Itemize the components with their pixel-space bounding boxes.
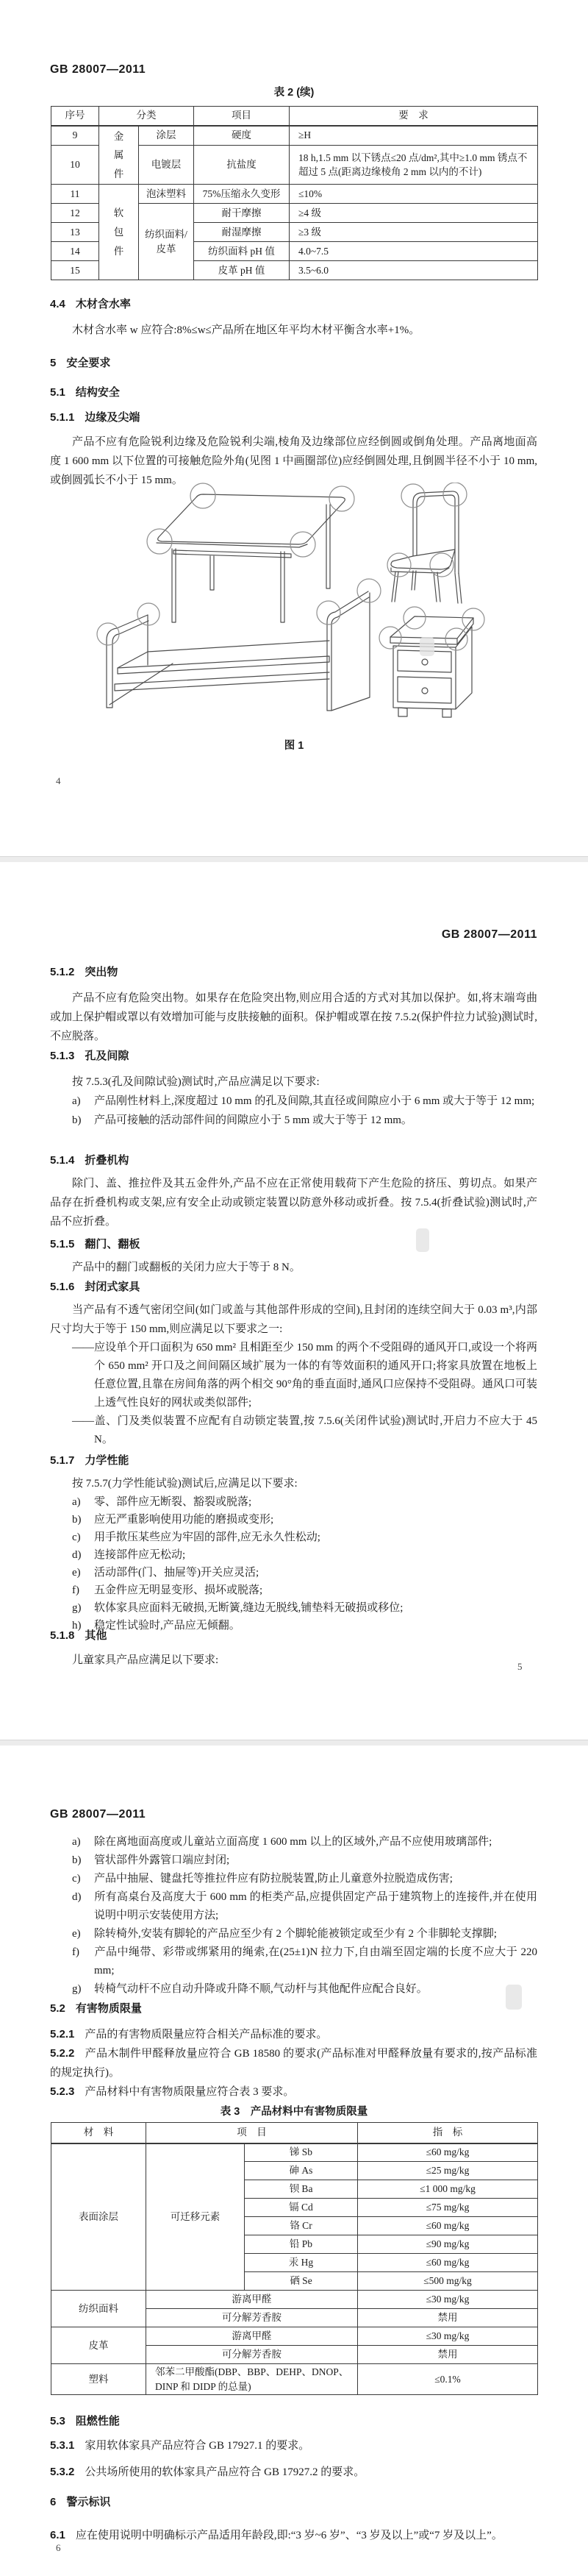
page-1: GB 28007—2011 表 2 (续) 序号 分类 项目 要 求 9 金属件… xyxy=(0,0,588,856)
cell-req: ≥3 级 xyxy=(290,223,538,242)
cell-limit: 禁用 xyxy=(358,2309,538,2327)
cell-item: 可分解芳香胺 xyxy=(146,2346,358,2364)
clause-title: 阻燃性能 xyxy=(76,2415,120,2427)
clause-text: 产品木制件甲醛释放量应符合 GB 18580 的要求(产品标准对甲醛释放量有要求… xyxy=(50,2048,537,2079)
table-row: 表面涂层 可迁移元素 锑 Sb ≤60 mg/kg xyxy=(51,2143,538,2162)
table-header-row: 序号 分类 项目 要 求 xyxy=(51,107,538,126)
item-text: 所有高桌台及高度大于 600 mm 的柜类产品,应提供固定产品于建筑物上的连接件… xyxy=(94,1891,537,1921)
item-text: 连接部件应无松动; xyxy=(94,1549,185,1561)
paragraph-5-1-4: 除门、盖、推拉件及其五金件外,产品不应在正常使用载荷下产生危险的挤压、剪切点。如… xyxy=(50,1174,537,1231)
clause-number: 5.1.8 xyxy=(50,1629,74,1642)
cell-no: 15 xyxy=(51,261,99,280)
clause-number: 6 xyxy=(50,2496,56,2508)
list-item: f)五金件应无明显变形、损坏或脱落; xyxy=(50,1581,537,1599)
heading-5-1-4: 5.1.4折叠机构 xyxy=(50,1152,537,1167)
nightstand-drawing xyxy=(379,607,484,717)
list-item: e)除转椅外,安装有脚轮的产品应至少有 2 个脚轮能被锁定或至少有 2 个非脚轮… xyxy=(50,1925,537,1943)
page-2: GB 28007—2011 5.1.2突出物 产品不应有危险突出物。如果存在危险… xyxy=(0,862,588,1740)
paragraph-5-3-2: 5.3.2公共场所使用的软体家具产品应符合 GB 17927.2 的要求。 xyxy=(50,2463,537,2482)
cell-item: 硬度 xyxy=(194,126,290,146)
cell-limit: ≤75 mg/kg xyxy=(358,2199,538,2217)
item-text: 除转椅外,安装有脚轮的产品应至少有 2 个脚轮能被锁定或至少有 2 个非脚轮支撑… xyxy=(94,1928,497,1940)
cell-no: 9 xyxy=(51,126,99,146)
clause-title: 折叠机构 xyxy=(85,1154,129,1167)
paragraph-5-1-3-intro: 按 7.5.3(孔及间隙试验)测试时,产品应满足以下要求: xyxy=(50,1072,537,1092)
cell-item: 耐湿摩擦 xyxy=(194,223,290,242)
paragraph-5-2-3: 5.2.3产品材料中有害物质限量应符合表 3 要求。 xyxy=(50,2082,537,2102)
clause-text: 家用软体家具产品应符合 GB 17927.1 的要求。 xyxy=(85,2440,309,2452)
cell-req: 3.5~6.0 xyxy=(290,261,538,280)
cell-req: ≤10% xyxy=(290,185,538,204)
clause-number: 5.2.2 xyxy=(50,2047,74,2060)
list-item: a)除在离地面高度或儿童站立面高度 1 600 mm 以上的区域外,产品不应使用… xyxy=(50,1833,537,1851)
table-row: 皮革 游离甲醛 ≤30 mg/kg xyxy=(51,2327,538,2346)
item-marker: d) xyxy=(72,1546,94,1564)
paragraph-4-4: 木材含水率 w 应符合:8%≤w≤产品所在地区年平均木材平衡含水率+1%。 xyxy=(50,321,537,340)
heading-5: 5安全要求 xyxy=(50,355,537,370)
page-3: GB 28007—2011 a)除在离地面高度或儿童站立面高度 1 600 mm… xyxy=(0,1746,588,2576)
clause-number: 5.3.2 xyxy=(50,2466,74,2478)
clause-title: 突出物 xyxy=(85,966,118,978)
cell-no: 12 xyxy=(51,204,99,223)
clause-title: 有害物质限量 xyxy=(76,2002,142,2015)
paragraph-5-2-2: 5.2.2产品木制件甲醛释放量应符合 GB 18580 的要求(产品标准对甲醛释… xyxy=(50,2044,537,2082)
table2-caption: 表 2 (续) xyxy=(0,84,588,99)
clause-title: 木材含水率 xyxy=(76,298,131,310)
item-marker: f) xyxy=(72,1581,94,1599)
cell-item: 耐干摩擦 xyxy=(194,204,290,223)
item-marker: g) xyxy=(72,1599,94,1617)
cell-element: 砷 As xyxy=(245,2162,358,2180)
heading-5-1-6: 5.1.6封闭式家具 xyxy=(50,1278,537,1294)
list-item: d)所有高桌台及高度大于 600 mm 的柜类产品,应提供固定产品于建筑物上的连… xyxy=(50,1888,537,1925)
paragraph-5-1-1: 产品不应有危险锐利边缘及危险锐利尖端,棱角及边缘部位应经倒圆或倒角处理。产品离地… xyxy=(50,433,537,490)
clause-title: 力学性能 xyxy=(85,1454,129,1467)
cell-req: ≥H xyxy=(290,126,538,146)
list-item: f)产品中绳带、彩带或绑紧用的绳索,在(25±1)N 拉力下,自由端至固定端的长… xyxy=(50,1943,537,1980)
heading-5-1: 5.1结构安全 xyxy=(50,384,537,399)
item-marker: b) xyxy=(72,1511,94,1529)
cell-sub: 涂层 xyxy=(139,126,194,146)
list-item: g)转椅气动杆不应自动升降或升降不顺,气动杆与其他配件应配合良好。 xyxy=(50,1980,537,1999)
heading-5-1-5: 5.1.5翻门、翻板 xyxy=(50,1236,537,1251)
clause-title: 孔及间隙 xyxy=(85,1050,129,1062)
item-marker: a) xyxy=(72,1493,94,1511)
cell-limit: ≤90 mg/kg xyxy=(358,2235,538,2254)
paragraph-5-1-6: 当产品有不透气密闭空间(如门或盖与其他部件形成的空间),且封闭的连续空间大于 0… xyxy=(50,1301,537,1339)
item-marker: b) xyxy=(72,1111,94,1130)
clause-title: 边缘及尖端 xyxy=(85,411,140,424)
cell-element: 汞 Hg xyxy=(245,2254,358,2272)
heading-6: 6警示标识 xyxy=(50,2494,537,2509)
item-marker: d) xyxy=(72,1888,94,1907)
page-number: 5 xyxy=(517,1661,523,1673)
item-marker: g) xyxy=(72,1980,94,1999)
table-drawing xyxy=(147,483,354,622)
clause-number: 5.1.6 xyxy=(50,1281,74,1293)
clause-title: 翻门、翻板 xyxy=(85,1238,140,1250)
cell-element: 锑 Sb xyxy=(245,2143,358,2162)
cell-item: 游离甲醛 xyxy=(146,2291,358,2309)
cell-item: 可分解芳香胺 xyxy=(146,2309,358,2327)
cell-element: 铅 Pb xyxy=(245,2235,358,2254)
cell-limit: ≤60 mg/kg xyxy=(358,2217,538,2235)
item-text: 产品可接触的活动部件间的间隙应小于 5 mm 或大于等于 12 mm。 xyxy=(94,1114,412,1126)
item-text: 零、部件应无断裂、豁裂或脱落; xyxy=(94,1496,251,1508)
table2: 序号 分类 项目 要 求 9 金属件 涂层 硬度 ≥H 10 电镀层 抗盐度 1… xyxy=(51,106,538,280)
cell-item: 皮革 pH 值 xyxy=(194,261,290,280)
clause-title: 封闭式家具 xyxy=(85,1281,140,1293)
col-header-req: 要 求 xyxy=(290,107,538,126)
clause-number: 5.1.4 xyxy=(50,1154,74,1167)
heading-5-3: 5.3阻燃性能 xyxy=(50,2413,537,2428)
heading-5-1-8: 5.1.8其他 xyxy=(50,1627,537,1643)
paragraph-6-1: 6.1应在使用说明中明确标示产品适用年龄段,即:“3 岁~6 岁”、“3 岁及以… xyxy=(50,2526,537,2545)
cell-limit: ≤1 000 mg/kg xyxy=(358,2180,538,2199)
clause-title: 警示标识 xyxy=(66,2496,110,2508)
clause-number: 4.4 xyxy=(50,298,65,310)
cell-cat: 金属件 xyxy=(99,126,139,185)
dash-list-5-1-6: ——应设单个开口面积为 650 mm² 且相距至少 150 mm 的两个不受阻碍… xyxy=(50,1339,537,1449)
cell-element: 镉 Cd xyxy=(245,2199,358,2217)
clause-number: 5.2 xyxy=(50,2002,65,2015)
item-marker: e) xyxy=(72,1564,94,1581)
list-item: e)活动部件(门、抽屉等)开关应灵活; xyxy=(50,1564,537,1581)
list-item: a)零、部件应无断裂、豁裂或脱落; xyxy=(50,1493,537,1511)
cell-sub: 电镀层 xyxy=(139,145,194,185)
clause-number: 5.1.5 xyxy=(50,1238,74,1250)
heading-5-1-2: 5.1.2突出物 xyxy=(50,964,537,979)
item-text: 产品刚性材料上,深度超过 10 mm 的孔及间隙,其直径或间隙应小于 6 mm … xyxy=(94,1095,534,1107)
cell-req: 18 h,1.5 mm 以下锈点≤20 点/dm²,其中≥1.0 mm 锈点不超… xyxy=(290,145,538,185)
running-header: GB 28007—2011 xyxy=(50,1808,146,1821)
cell-req: ≥4 级 xyxy=(290,204,538,223)
clause-text: 产品的有害物质限量应符合相关产品标准的要求。 xyxy=(85,2029,327,2040)
heading-5-1-1: 5.1.1边缘及尖端 xyxy=(50,409,537,424)
running-header: GB 28007—2011 xyxy=(0,928,537,942)
scan-artifact xyxy=(506,1985,522,2010)
cell-limit: ≤500 mg/kg xyxy=(358,2272,538,2291)
cell-limit: ≤25 mg/kg xyxy=(358,2162,538,2180)
heading-4-4: 4.4木材含水率 xyxy=(50,296,537,311)
cell-item: 抗盐度 xyxy=(194,145,290,185)
list-item: c)产品中抽屉、键盘托等推拉件应有防拉脱装置,防止儿童意外拉脱造成伤害; xyxy=(50,1870,537,1888)
list-item: d)连接部件应无松动; xyxy=(50,1546,537,1564)
heading-5-1-3: 5.1.3孔及间隙 xyxy=(50,1047,537,1063)
cell-cat-text: 金属件 xyxy=(113,127,125,184)
item-text: 除在离地面高度或儿童站立面高度 1 600 mm 以上的区域外,产品不应使用玻璃… xyxy=(94,1836,492,1848)
list-item: g)软体家具应面料无破损,无断簧,缝边无脱线,铺垫料无破损或移位; xyxy=(50,1599,537,1617)
list-item: b)应无严重影响使用功能的磨损或变形; xyxy=(50,1511,537,1529)
item-text: 产品中抽屉、键盘托等推拉件应有防拉脱装置,防止儿童意外拉脱造成伤害; xyxy=(94,1873,453,1885)
item-marker: b) xyxy=(72,1851,94,1870)
clause-number: 5.1.7 xyxy=(50,1454,74,1467)
cell-element: 铬 Cr xyxy=(245,2217,358,2235)
document-scan: GB 28007—2011 表 2 (续) 序号 分类 项目 要 求 9 金属件… xyxy=(0,0,588,2576)
col-header-limit: 指 标 xyxy=(358,2123,538,2143)
clause-number: 5.2.3 xyxy=(50,2085,74,2098)
cell-no: 14 xyxy=(51,242,99,261)
list-5-1-7: a)零、部件应无断裂、豁裂或脱落; b)应无严重影响使用功能的磨损或变形; c)… xyxy=(50,1493,537,1634)
scan-artifact xyxy=(416,1228,429,1252)
item-text: 管状部件外露管口端应封闭; xyxy=(94,1854,229,1866)
item-marker: a) xyxy=(72,1833,94,1851)
cell-no: 11 xyxy=(51,185,99,204)
item-text: 应无严重影响使用功能的磨损或变形; xyxy=(94,1514,273,1526)
dash-item: ——应设单个开口面积为 650 mm² 且相距至少 150 mm 的两个不受阻碍… xyxy=(50,1339,537,1412)
clause-number: 5.3 xyxy=(50,2415,65,2427)
cell-limit: ≤0.1% xyxy=(358,2364,538,2395)
item-marker: a) xyxy=(72,1092,94,1111)
cell-no: 10 xyxy=(51,145,99,185)
list-item: b)管状部件外露管口端应封闭; xyxy=(50,1851,537,1870)
paragraph-5-1-2: 产品不应有危险突出物。如果存在危险突出物,则应用合适的方式对其加以保护。如,将末… xyxy=(50,989,537,1046)
figure-1-caption: 图 1 xyxy=(0,737,588,752)
clause-number: 5.1.3 xyxy=(50,1050,74,1062)
item-text: 用手揿压某些应为牢固的部件,应无永久性松动; xyxy=(94,1531,320,1543)
cell-sub: 纺织面料/皮革 xyxy=(139,204,194,280)
cell-cat-text: 软包件 xyxy=(113,204,125,260)
clause-number: 5.1.2 xyxy=(50,966,74,978)
col-header-material: 材 料 xyxy=(51,2123,146,2143)
cell-material: 表面涂层 xyxy=(51,2143,146,2291)
paragraph-5-1-8: 儿童家具产品应满足以下要求: xyxy=(50,1651,537,1670)
clause-title: 结构安全 xyxy=(76,386,120,399)
clause-title: 其他 xyxy=(85,1629,107,1642)
clause-text: 产品材料中有害物质限量应符合表 3 要求。 xyxy=(85,2086,294,2098)
item-text: 五金件应无明显变形、损坏或脱落; xyxy=(94,1584,262,1596)
clause-number: 5.3.1 xyxy=(50,2439,74,2452)
list-item: c)用手揿压某些应为牢固的部件,应无永久性松动; xyxy=(50,1529,537,1546)
cell-limit: ≤60 mg/kg xyxy=(358,2143,538,2162)
dash-item: ——盖、门及类似装置不应配有自动锁定装置,按 7.5.6(关闭件试验)测试时,开… xyxy=(50,1412,537,1449)
list-5-1-8: a)除在离地面高度或儿童站立面高度 1 600 mm 以上的区域外,产品不应使用… xyxy=(50,1833,537,1999)
cell-material: 纺织面料 xyxy=(51,2291,146,2327)
page-number: 4 xyxy=(56,775,61,787)
cell-limit: 禁用 xyxy=(358,2346,538,2364)
cell-limit: ≤30 mg/kg xyxy=(358,2327,538,2346)
list-item: b)产品可接触的活动部件间的间隙应小于 5 mm 或大于等于 12 mm。 xyxy=(50,1111,537,1130)
item-text: 转椅气动杆不应自动升降或升降不顺,气动杆与其他配件应配合良好。 xyxy=(94,1983,428,1995)
cell-sub: 泡沫塑料 xyxy=(139,185,194,204)
clause-text: 应在使用说明中明确标示产品适用年龄段,即:“3 岁~6 岁”、“3 岁及以上”或… xyxy=(76,2530,503,2541)
running-header: GB 28007—2011 xyxy=(50,63,146,77)
cell-material: 塑料 xyxy=(51,2364,146,2395)
paragraph-5-2-1: 5.2.1产品的有害物质限量应符合相关产品标准的要求。 xyxy=(50,2025,537,2044)
cell-cat: 软包件 xyxy=(99,185,139,280)
cell-item: 游离甲醛 xyxy=(146,2327,358,2346)
figure-1-drawing xyxy=(51,483,537,736)
item-marker: c) xyxy=(72,1870,94,1888)
clause-number: 5.2.1 xyxy=(50,2028,74,2040)
table-row: 11 软包件 泡沫塑料 75%压缩永久变形 ≤10% xyxy=(51,185,538,204)
cell-element: 硒 Se xyxy=(245,2272,358,2291)
clause-number: 5 xyxy=(50,357,56,369)
col-header-no: 序号 xyxy=(51,107,99,126)
item-text: 活动部件(门、抽屉等)开关应灵活; xyxy=(94,1567,259,1579)
item-text: 产品中绳带、彩带或绑紧用的绳索,在(25±1)N 拉力下,自由端至固定端的长度不… xyxy=(94,1946,537,1977)
clause-text: 公共场所使用的软体家具产品应符合 GB 17927.2 的要求。 xyxy=(85,2466,365,2478)
clause-title: 安全要求 xyxy=(66,357,110,369)
cell-limit: ≤60 mg/kg xyxy=(358,2254,538,2272)
col-header-item: 项 目 xyxy=(146,2123,358,2143)
item-marker: e) xyxy=(72,1925,94,1943)
list-item: a)产品刚性材料上,深度超过 10 mm 的孔及间隙,其直径或间隙应小于 6 m… xyxy=(50,1092,537,1111)
cell-limit: ≤30 mg/kg xyxy=(358,2291,538,2309)
col-header-item: 项目 xyxy=(194,107,290,126)
scan-artifact xyxy=(420,637,434,656)
cell-req: 4.0~7.5 xyxy=(290,242,538,261)
bed-drawing xyxy=(97,579,381,711)
clause-number: 5.1 xyxy=(50,386,65,399)
table-row: 塑料 邻苯二甲酸酯(DBP、BBP、DEHP、DNOP、DINP 和 DIDP … xyxy=(51,2364,538,2395)
clause-number: 5.1.1 xyxy=(50,411,74,424)
cell-no: 13 xyxy=(51,223,99,242)
item-marker: c) xyxy=(72,1529,94,1546)
item-marker: f) xyxy=(72,1943,94,1962)
heading-5-2: 5.2有害物质限量 xyxy=(50,2000,537,2015)
table3-caption: 表 3 产品材料中有害物质限量 xyxy=(0,2103,588,2118)
clause-number: 6.1 xyxy=(50,2529,65,2541)
table-header-row: 材 料 项 目 指 标 xyxy=(51,2123,538,2143)
cell-material: 皮革 xyxy=(51,2327,146,2364)
page-number: 6 xyxy=(56,2542,61,2554)
chair-drawing xyxy=(387,483,467,603)
item-text: 软体家具应面料无破损,无断簧,缝边无脱线,铺垫料无破损或移位; xyxy=(94,1602,403,1614)
cell-group: 可迁移元素 xyxy=(146,2143,245,2291)
paragraph-5-1-5: 产品中的翻门或翻板的关闭力应大于等于 8 N。 xyxy=(50,1258,537,1277)
cell-item: 75%压缩永久变形 xyxy=(194,185,290,204)
col-header-cat: 分类 xyxy=(99,107,194,126)
heading-5-1-7: 5.1.7力学性能 xyxy=(50,1452,537,1467)
list-5-1-3: a)产品刚性材料上,深度超过 10 mm 的孔及间隙,其直径或间隙应小于 6 m… xyxy=(50,1092,537,1130)
paragraph-5-1-7-intro: 按 7.5.7(力学性能试验)测试后,应满足以下要求: xyxy=(50,1474,537,1493)
cell-item: 邻苯二甲酸酯(DBP、BBP、DEHP、DNOP、DINP 和 DIDP 的总量… xyxy=(146,2364,358,2395)
cell-element: 钡 Ba xyxy=(245,2180,358,2199)
table3: 材 料 项 目 指 标 表面涂层 可迁移元素 锑 Sb ≤60 mg/kg 砷 … xyxy=(51,2122,538,2395)
paragraph-5-3-1: 5.3.1家用软体家具产品应符合 GB 17927.1 的要求。 xyxy=(50,2436,537,2455)
table-row: 9 金属件 涂层 硬度 ≥H xyxy=(51,126,538,146)
cell-item: 纺织面料 pH 值 xyxy=(194,242,290,261)
table-row: 纺织面料 游离甲醛 ≤30 mg/kg xyxy=(51,2291,538,2309)
